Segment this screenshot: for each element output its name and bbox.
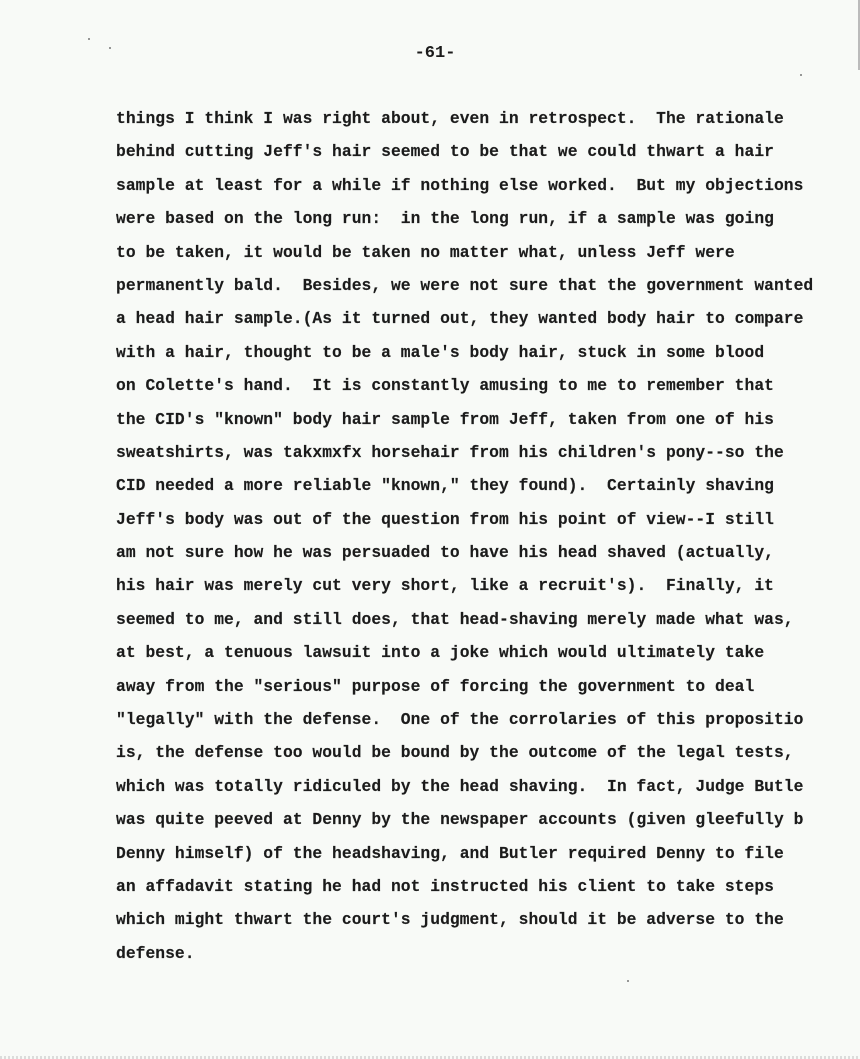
text-line: which was totally ridiculed by the head … [116, 774, 860, 807]
text-line: the CID's "known" body hair sample from … [116, 407, 860, 440]
body-text: things I think I was right about, even i… [116, 106, 860, 974]
text-line: "legally" with the defense. One of the c… [116, 707, 860, 740]
text-line: permanently bald. Besides, we were not s… [116, 273, 860, 306]
text-line: were based on the long run: in the long … [116, 206, 860, 239]
text-line: behind cutting Jeff's hair seemed to be … [116, 139, 860, 172]
text-line: CID needed a more reliable "known," they… [116, 473, 860, 506]
text-line: was quite peeved at Denny by the newspap… [116, 807, 860, 840]
text-line: sample at least for a while if nothing e… [116, 173, 860, 206]
text-line: an affadavit stating he had not instruct… [116, 874, 860, 907]
text-line: Jeff's body was out of the question from… [116, 507, 860, 540]
text-line: Denny himself) of the headshaving, and B… [116, 841, 860, 874]
text-line: a head hair sample.(As it turned out, th… [116, 306, 860, 339]
text-line: on Colette's hand. It is constantly amus… [116, 373, 860, 406]
text-line: which might thwart the court's judgment,… [116, 907, 860, 940]
scan-speck [88, 38, 90, 40]
text-line: away from the "serious" purpose of forci… [116, 674, 860, 707]
text-line: seemed to me, and still does, that head-… [116, 607, 860, 640]
text-line: with a hair, thought to be a male's body… [116, 340, 860, 373]
text-line: at best, a tenuous lawsuit into a joke w… [116, 640, 860, 673]
scan-speck [627, 980, 629, 982]
text-line: defense. [116, 941, 860, 974]
text-line: am not sure how he was persuaded to have… [116, 540, 860, 573]
scan-speck [109, 47, 111, 49]
text-line: is, the defense too would be bound by th… [116, 740, 860, 773]
text-line: sweatshirts, was takxmxfx horsehair from… [116, 440, 860, 473]
text-line: his hair was merely cut very short, like… [116, 573, 860, 606]
page-number: -61- [5, 44, 860, 63]
text-line: to be taken, it would be taken no matter… [116, 240, 860, 273]
scan-speck [800, 74, 802, 76]
text-line: things I think I was right about, even i… [116, 106, 860, 139]
